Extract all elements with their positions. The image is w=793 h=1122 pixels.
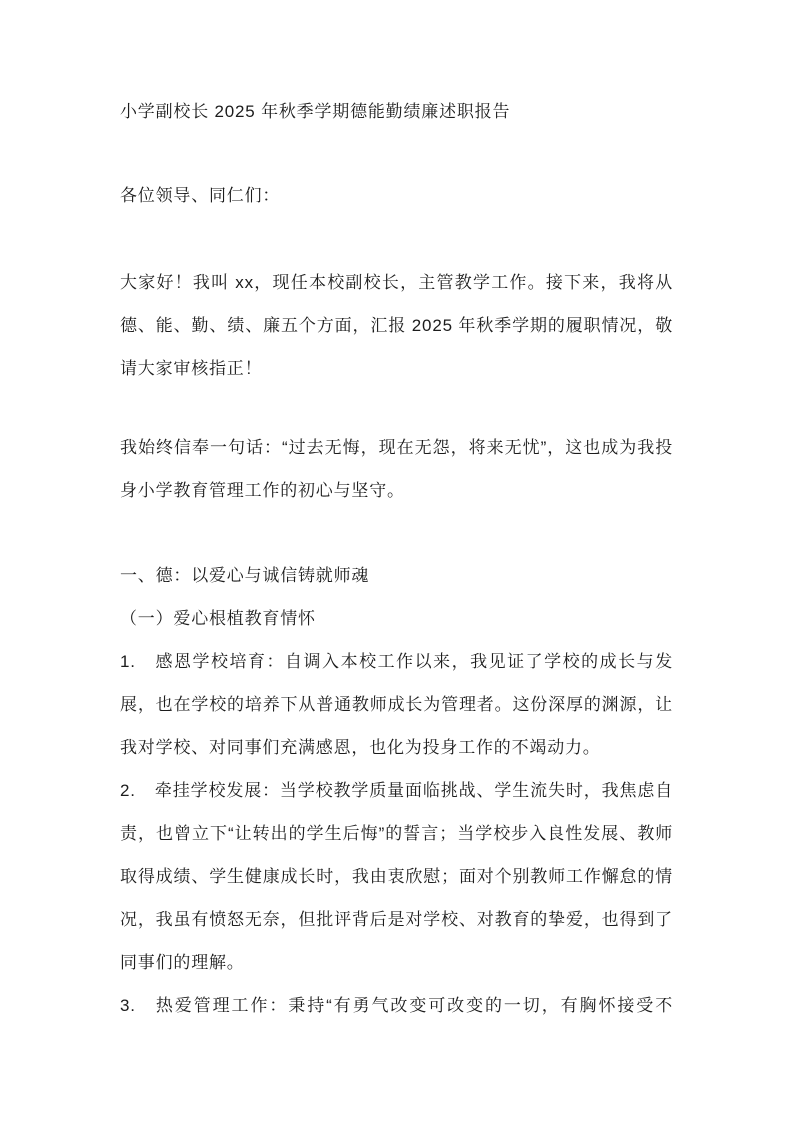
list-item-1: 1.感恩学校培育：自调入本校工作以来，我见证了学校的成长与发展，也在学校的培养下… <box>120 640 673 769</box>
section-heading-de: 一、德：以爱心与诚信铸就师魂 <box>120 554 673 597</box>
list-item-3-text: 热爱管理工作：秉持“有勇气改变可改变的一切，有胸怀接受不 <box>155 996 673 1015</box>
salutation-line: 各位领导、同仁们： <box>120 174 673 217</box>
list-item-3-number: 3. <box>120 996 155 1015</box>
list-item-1-text: 感恩学校培育：自调入本校工作以来，我见证了学校的成长与发展，也在学校的培养下从普… <box>120 652 673 757</box>
list-item-2: 2.牵挂学校发展：当学校教学质量面临挑战、学生流失时，我焦虑自责，也曾立下“让转… <box>120 769 673 984</box>
motto-paragraph: 我始终信奉一句话：“过去无悔，现在无怨，将来无忧”，这也成为我投身小学教育管理工… <box>120 426 673 512</box>
document-title: 小学副校长 2025 年秋季学期德能勤绩廉述职报告 <box>120 90 673 133</box>
list-item-2-number: 2. <box>120 781 155 800</box>
subsection-heading-love: （一）爱心根植教育情怀 <box>120 597 673 640</box>
list-item-3: 3.热爱管理工作：秉持“有勇气改变可改变的一切，有胸怀接受不 <box>120 984 673 1027</box>
list-item-2-text: 牵挂学校发展：当学校教学质量面临挑战、学生流失时，我焦虑自责，也曾立下“让转出的… <box>120 781 673 972</box>
intro-paragraph: 大家好！我叫 xx，现任本校副校长，主管教学工作。接下来，我将从德、能、勤、绩、… <box>120 261 673 390</box>
list-item-1-number: 1. <box>120 652 155 671</box>
document-page: 小学副校长 2025 年秋季学期德能勤绩廉述职报告 各位领导、同仁们： 大家好！… <box>0 0 793 1122</box>
